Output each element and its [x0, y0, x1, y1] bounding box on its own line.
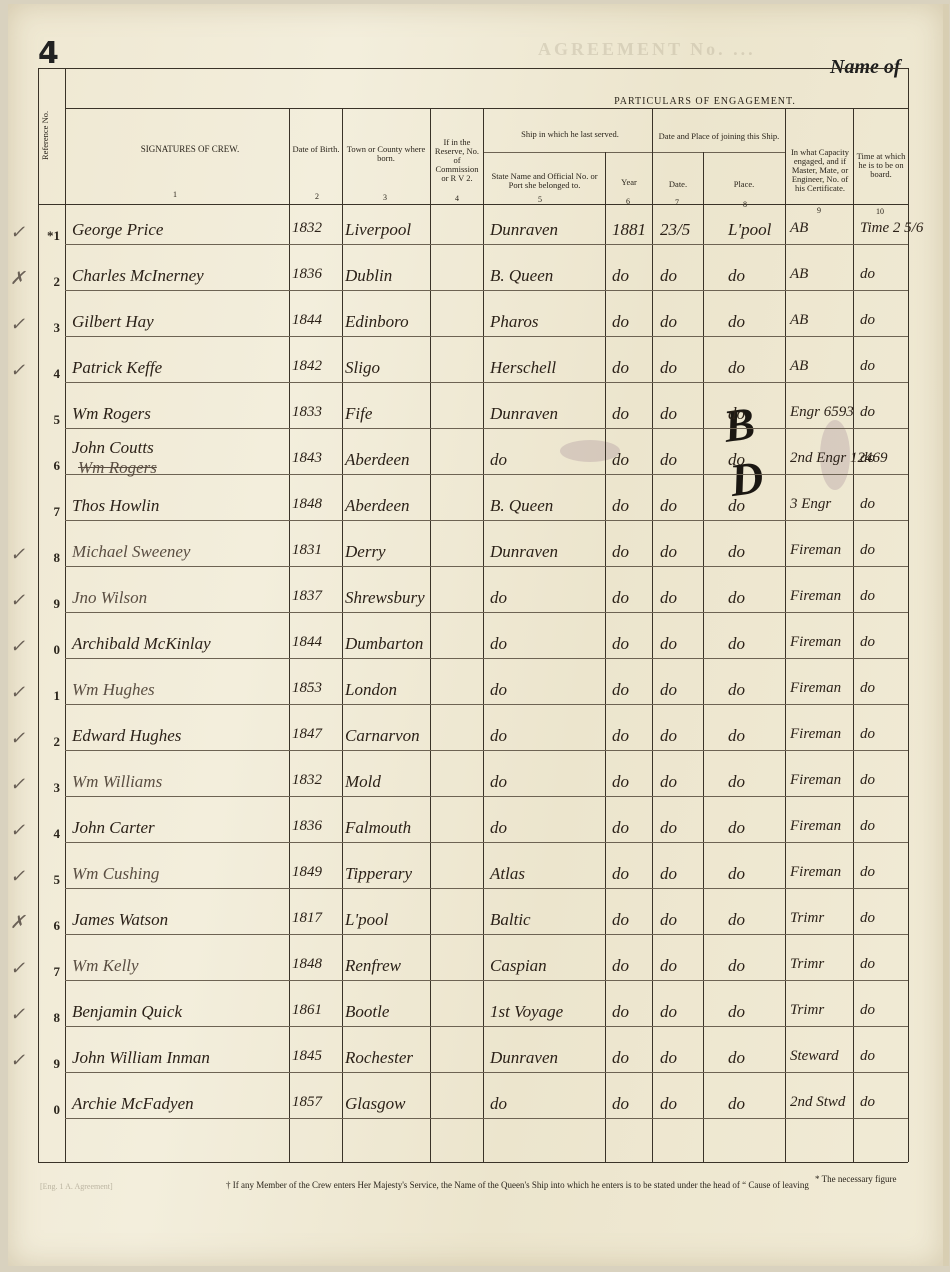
cell-ship: Dunraven: [490, 404, 558, 424]
cell-town: Tipperary: [345, 864, 412, 884]
tick-mark-icon: ✓: [10, 314, 25, 335]
cell-town: Bootle: [345, 1002, 389, 1022]
cell-time: do: [860, 634, 875, 651]
reference-number: 2: [38, 274, 60, 290]
cell-name: John Coutts: [72, 438, 154, 458]
cell-date: do: [660, 864, 677, 884]
cell-capacity: Fireman: [790, 818, 841, 835]
cell-ship: Baltic: [490, 910, 531, 930]
row-rule: [65, 566, 908, 567]
row-rule: [65, 750, 908, 751]
cell-name: Archie McFadyen: [72, 1094, 194, 1114]
cell-year: do: [612, 588, 629, 608]
cell-year: do: [612, 450, 629, 470]
cell-time: do: [860, 772, 875, 789]
cell-name: Wm Cushing: [72, 864, 159, 884]
row-rule: [65, 796, 908, 797]
cell-place: do: [728, 542, 745, 562]
row-rule: [65, 336, 908, 337]
column-rule: [483, 108, 484, 1162]
col-num-4: 4: [452, 194, 462, 203]
row-rule: [65, 244, 908, 245]
ref-column-header: Reference No.: [40, 130, 50, 160]
cell-year: do: [612, 1048, 629, 1068]
cell-capacity: Fireman: [790, 542, 841, 559]
reference-number: 9: [38, 596, 60, 612]
cell-time: do: [860, 542, 875, 559]
cell-time: do: [860, 496, 875, 513]
cell-town: Dublin: [345, 266, 392, 286]
cell-date: do: [660, 358, 677, 378]
cell-time: do: [860, 1002, 875, 1019]
row-rule: [65, 1072, 908, 1073]
column-rule: [703, 152, 704, 1162]
cell-town: Derry: [345, 542, 386, 562]
time-column-header: Time at which he is to be on board.: [855, 152, 907, 179]
form-imprint: [Eng. 1 A. Agreement]: [40, 1182, 113, 1191]
cell-time: do: [860, 358, 875, 375]
cell-capacity: Fireman: [790, 772, 841, 789]
cell-date: do: [660, 588, 677, 608]
cell-date: 23/5: [660, 220, 690, 240]
cell-dob: 1861: [292, 1002, 322, 1019]
column-rule: [785, 108, 786, 1162]
col-num-7: 7: [672, 198, 682, 207]
cell-capacity: Fireman: [790, 680, 841, 697]
cell-capacity: AB: [790, 312, 808, 329]
cell-name: Wm Kelly: [72, 956, 139, 976]
cell-date: do: [660, 1048, 677, 1068]
reference-number: 1: [38, 688, 60, 704]
capacity-column-header: In what Capacity engaged, and if Master,…: [787, 148, 853, 193]
reference-number: 6: [38, 918, 60, 934]
cell-time: do: [860, 818, 875, 835]
cell-town: Shrewsbury: [345, 588, 425, 608]
reference-number: 0: [38, 1102, 60, 1118]
cell-town: Renfrew: [345, 956, 401, 976]
cell-date: do: [660, 1002, 677, 1022]
cell-place: do: [728, 726, 745, 746]
cell-capacity: Steward: [790, 1048, 839, 1065]
cell-time: do: [860, 956, 875, 973]
cell-name: Gilbert Hay: [72, 312, 154, 332]
cell-name: Edward Hughes: [72, 726, 181, 746]
cell-time: do: [860, 910, 875, 927]
rule-subheader: [483, 152, 785, 153]
cell-dob: 1848: [292, 956, 322, 973]
cell-year: do: [612, 910, 629, 930]
cell-dob: 1849: [292, 864, 322, 881]
cell-place: do: [728, 956, 745, 976]
cell-town: Rochester: [345, 1048, 413, 1068]
crew-table: PARTICULARS OF ENGAGEMENT. Reference No.…: [0, 0, 950, 1272]
row-rule: [65, 842, 908, 843]
cell-time: do: [860, 1094, 875, 1111]
cell-ship: Caspian: [490, 956, 547, 976]
cell-place: do: [728, 772, 745, 792]
cell-year: do: [612, 542, 629, 562]
row-rule: [65, 704, 908, 705]
cell-date: do: [660, 956, 677, 976]
cell-place: L'pool: [728, 220, 771, 240]
cell-town: Aberdeen: [345, 450, 410, 470]
cell-town: Liverpool: [345, 220, 411, 240]
reference-number: 3: [38, 320, 60, 336]
reference-number: 8: [38, 550, 60, 566]
cell-town: London: [345, 680, 397, 700]
cell-time: do: [860, 588, 875, 605]
cell-dob: 1842: [292, 358, 322, 375]
reference-number: *1: [38, 228, 60, 244]
tick-mark-icon: ✓: [10, 222, 25, 243]
cell-place: do: [728, 1048, 745, 1068]
cell-ship: do: [490, 634, 507, 654]
cell-ship: do: [490, 588, 507, 608]
tick-mark-icon: ✓: [10, 360, 25, 381]
cell-ship: B. Queen: [490, 266, 553, 286]
row-rule: [65, 934, 908, 935]
cell-time: do: [860, 266, 875, 283]
cell-ship: 1st Voyage: [490, 1002, 563, 1022]
cell-year: do: [612, 726, 629, 746]
reference-number: 4: [38, 366, 60, 382]
cell-place: do: [728, 588, 745, 608]
row-rule: [65, 612, 908, 613]
row-rule: [65, 1026, 908, 1027]
cell-name: John William Inman: [72, 1048, 210, 1068]
cell-time: do: [860, 312, 875, 329]
col-num-10: 10: [873, 207, 887, 216]
cell-year: do: [612, 772, 629, 792]
cell-capacity: Fireman: [790, 864, 841, 881]
cell-date: do: [660, 266, 677, 286]
join-group-header: Date and Place of joining this Ship.: [655, 132, 783, 141]
cell-ship: B. Queen: [490, 496, 553, 516]
cross-mark-icon: ✗: [10, 912, 25, 933]
cell-town: Falmouth: [345, 818, 411, 838]
cell-time: do: [860, 726, 875, 743]
cell-dob: 1832: [292, 772, 322, 789]
cell-year: do: [612, 680, 629, 700]
cell-dob: 1837: [292, 588, 322, 605]
cell-dob: 1845: [292, 1048, 322, 1065]
reference-number: 7: [38, 964, 60, 980]
year-column-header: Year: [608, 178, 650, 187]
reference-number: 6: [38, 458, 60, 474]
cell-dob: 1836: [292, 818, 322, 835]
cell-ship: Herschell: [490, 358, 556, 378]
cell-ship: do: [490, 818, 507, 838]
column-rule: [342, 108, 343, 1162]
cell-place: do: [728, 680, 745, 700]
cell-time: Time 2 5/6: [860, 220, 923, 237]
cell-name: Wm Hughes: [72, 680, 155, 700]
cell-ship: Dunraven: [490, 1048, 558, 1068]
cell-year: do: [612, 266, 629, 286]
cell-time: do: [860, 450, 875, 467]
reference-number: 5: [38, 872, 60, 888]
cell-name: Benjamin Quick: [72, 1002, 182, 1022]
struck-name: Wm Rogers: [78, 458, 157, 478]
cell-dob: 1847: [292, 726, 322, 743]
tick-mark-icon: ✓: [10, 590, 25, 611]
cell-date: do: [660, 312, 677, 332]
tick-mark-icon: ✓: [10, 636, 25, 657]
reference-number: 9: [38, 1056, 60, 1072]
cell-date: do: [660, 634, 677, 654]
row-rule: [65, 1118, 908, 1119]
cell-name: Michael Sweeney: [72, 542, 190, 562]
cell-year: do: [612, 1094, 629, 1114]
cell-ship: do: [490, 726, 507, 746]
reference-number: 7: [38, 504, 60, 520]
cell-town: Carnarvon: [345, 726, 420, 746]
cell-date: do: [660, 496, 677, 516]
column-rule: [605, 152, 606, 1162]
section-title: PARTICULARS OF ENGAGEMENT.: [560, 97, 850, 106]
cell-name: Wm Williams: [72, 772, 162, 792]
col-num-2: 2: [312, 192, 322, 201]
cell-town: Dumbarton: [345, 634, 423, 654]
cell-capacity: AB: [790, 220, 808, 237]
cell-place: do: [728, 818, 745, 838]
cell-year: do: [612, 818, 629, 838]
cell-name: Thos Howlin: [72, 496, 159, 516]
cell-capacity: Trimr: [790, 910, 824, 927]
cell-name: George Price: [72, 220, 163, 240]
cell-time: do: [860, 680, 875, 697]
cell-capacity: Trimr: [790, 1002, 824, 1019]
signature-column-header: SIGNATURES OF CREW.: [100, 145, 280, 154]
cell-capacity: Engr 6593: [790, 404, 854, 421]
col-num-5: 5: [535, 195, 545, 204]
cell-year: do: [612, 864, 629, 884]
cell-date: do: [660, 818, 677, 838]
cell-name: Archibald McKinlay: [72, 634, 211, 654]
tick-mark-icon: ✓: [10, 958, 25, 979]
tick-mark-icon: ✓: [10, 1050, 25, 1071]
cell-place: do: [728, 864, 745, 884]
tick-mark-icon: ✓: [10, 820, 25, 841]
cell-date: do: [660, 726, 677, 746]
cell-place: do: [728, 312, 745, 332]
cell-year: do: [612, 358, 629, 378]
cell-place: do: [728, 1094, 745, 1114]
cell-dob: 1832: [292, 220, 322, 237]
reference-number: 4: [38, 826, 60, 842]
place-column-header: Place.: [706, 180, 782, 189]
row-rule: [65, 888, 908, 889]
cell-year: do: [612, 956, 629, 976]
cell-capacity: Fireman: [790, 726, 841, 743]
cell-date: do: [660, 404, 677, 424]
col-num-3: 3: [380, 193, 390, 202]
ink-stain: [560, 440, 620, 462]
town-column-header: Town or County where born.: [345, 145, 427, 163]
col-num-1: 1: [170, 190, 180, 199]
cell-ship: do: [490, 680, 507, 700]
column-rule: [853, 108, 854, 1162]
tick-mark-icon: ✓: [10, 866, 25, 887]
rule-section: [65, 108, 908, 109]
cell-capacity: 3 Engr: [790, 496, 831, 513]
cell-place: do: [728, 404, 745, 424]
cell-dob: 1833: [292, 404, 322, 421]
cell-time: do: [860, 1048, 875, 1065]
column-rule: [65, 68, 66, 1162]
cell-dob: 1857: [292, 1094, 322, 1111]
tick-mark-icon: ✓: [10, 544, 25, 565]
cell-year: 1881: [612, 220, 646, 240]
cell-place: do: [728, 358, 745, 378]
cell-place: do: [728, 634, 745, 654]
tick-mark-icon: ✓: [10, 1004, 25, 1025]
cell-ship: Pharos: [490, 312, 539, 332]
footer-note: † If any Member of the Crew enters Her M…: [226, 1180, 809, 1190]
cell-place: do: [728, 450, 745, 470]
cell-place: do: [728, 1002, 745, 1022]
cell-date: do: [660, 910, 677, 930]
cell-date: do: [660, 680, 677, 700]
footer-note-right: * The necessary figure: [815, 1174, 897, 1184]
cell-time: do: [860, 404, 875, 421]
cell-ship: do: [490, 450, 507, 470]
ship-column-header: State Name and Official No. or Port she …: [487, 172, 602, 190]
rule-top: [38, 68, 908, 69]
col-num-9: 9: [814, 206, 824, 215]
cell-name: Jno Wilson: [72, 588, 147, 608]
cell-name: Patrick Keffe: [72, 358, 162, 378]
tick-mark-icon: ✓: [10, 774, 25, 795]
cell-ship: Dunraven: [490, 220, 558, 240]
reference-number: 8: [38, 1010, 60, 1026]
reference-number: 5: [38, 412, 60, 428]
cell-year: do: [612, 404, 629, 424]
cell-dob: 1844: [292, 312, 322, 329]
cell-dob: 1853: [292, 680, 322, 697]
cross-mark-icon: ✗: [10, 268, 25, 289]
cell-place: do: [728, 496, 745, 516]
cell-ship: Atlas: [490, 864, 525, 884]
cell-ship: do: [490, 772, 507, 792]
column-rule: [289, 108, 290, 1162]
cell-date: do: [660, 772, 677, 792]
cell-year: do: [612, 496, 629, 516]
cell-time: do: [860, 864, 875, 881]
column-rule: [652, 108, 653, 1162]
reserve-column-header: If in the Reserve, No. of Commission or …: [431, 138, 483, 183]
cell-year: do: [612, 1002, 629, 1022]
cell-capacity: Fireman: [790, 588, 841, 605]
cell-dob: 1848: [292, 496, 322, 513]
cell-town: Edinboro: [345, 312, 409, 332]
cell-town: Glasgow: [345, 1094, 405, 1114]
cell-place: do: [728, 910, 745, 930]
cell-town: Aberdeen: [345, 496, 410, 516]
tick-mark-icon: ✓: [10, 682, 25, 703]
column-rule: [430, 108, 431, 1162]
cell-capacity: Fireman: [790, 634, 841, 651]
dob-column-header: Date of Birth.: [292, 145, 340, 154]
cell-town: Fife: [345, 404, 372, 424]
row-rule: [65, 474, 908, 475]
cell-name: Charles McInerney: [72, 266, 204, 286]
cell-town: L'pool: [345, 910, 388, 930]
cell-capacity: 2nd Stwd: [790, 1094, 845, 1111]
cell-date: do: [660, 450, 677, 470]
cell-name: Wm Rogers: [72, 404, 151, 424]
cell-date: do: [660, 542, 677, 562]
date-column-header: Date.: [655, 180, 701, 189]
cell-place: do: [728, 266, 745, 286]
ship-group-header: Ship in which he last served.: [490, 130, 650, 139]
row-rule: [65, 290, 908, 291]
row-rule: [65, 428, 908, 429]
row-rule: [65, 658, 908, 659]
reference-number: 2: [38, 734, 60, 750]
cell-year: do: [612, 312, 629, 332]
cell-town: Mold: [345, 772, 381, 792]
reference-number: 0: [38, 642, 60, 658]
reference-number: 3: [38, 780, 60, 796]
cell-date: do: [660, 1094, 677, 1114]
cell-name: James Watson: [72, 910, 168, 930]
cell-dob: 1817: [292, 910, 322, 927]
cell-ship: do: [490, 1094, 507, 1114]
cell-dob: 1836: [292, 266, 322, 283]
row-rule: [65, 520, 908, 521]
rule-bottom: [38, 1162, 908, 1163]
cell-capacity: Trimr: [790, 956, 824, 973]
cell-dob: 1831: [292, 542, 322, 559]
cell-year: do: [612, 634, 629, 654]
cell-name: John Carter: [72, 818, 155, 838]
cell-ship: Dunraven: [490, 542, 558, 562]
cell-town: Sligo: [345, 358, 380, 378]
row-rule: [65, 980, 908, 981]
cell-dob: 1844: [292, 634, 322, 651]
cell-dob: 1843: [292, 450, 322, 467]
tick-mark-icon: ✓: [10, 728, 25, 749]
cell-capacity: AB: [790, 266, 808, 283]
rule-header-bottom: [38, 204, 908, 205]
cell-capacity: AB: [790, 358, 808, 375]
row-rule: [65, 382, 908, 383]
